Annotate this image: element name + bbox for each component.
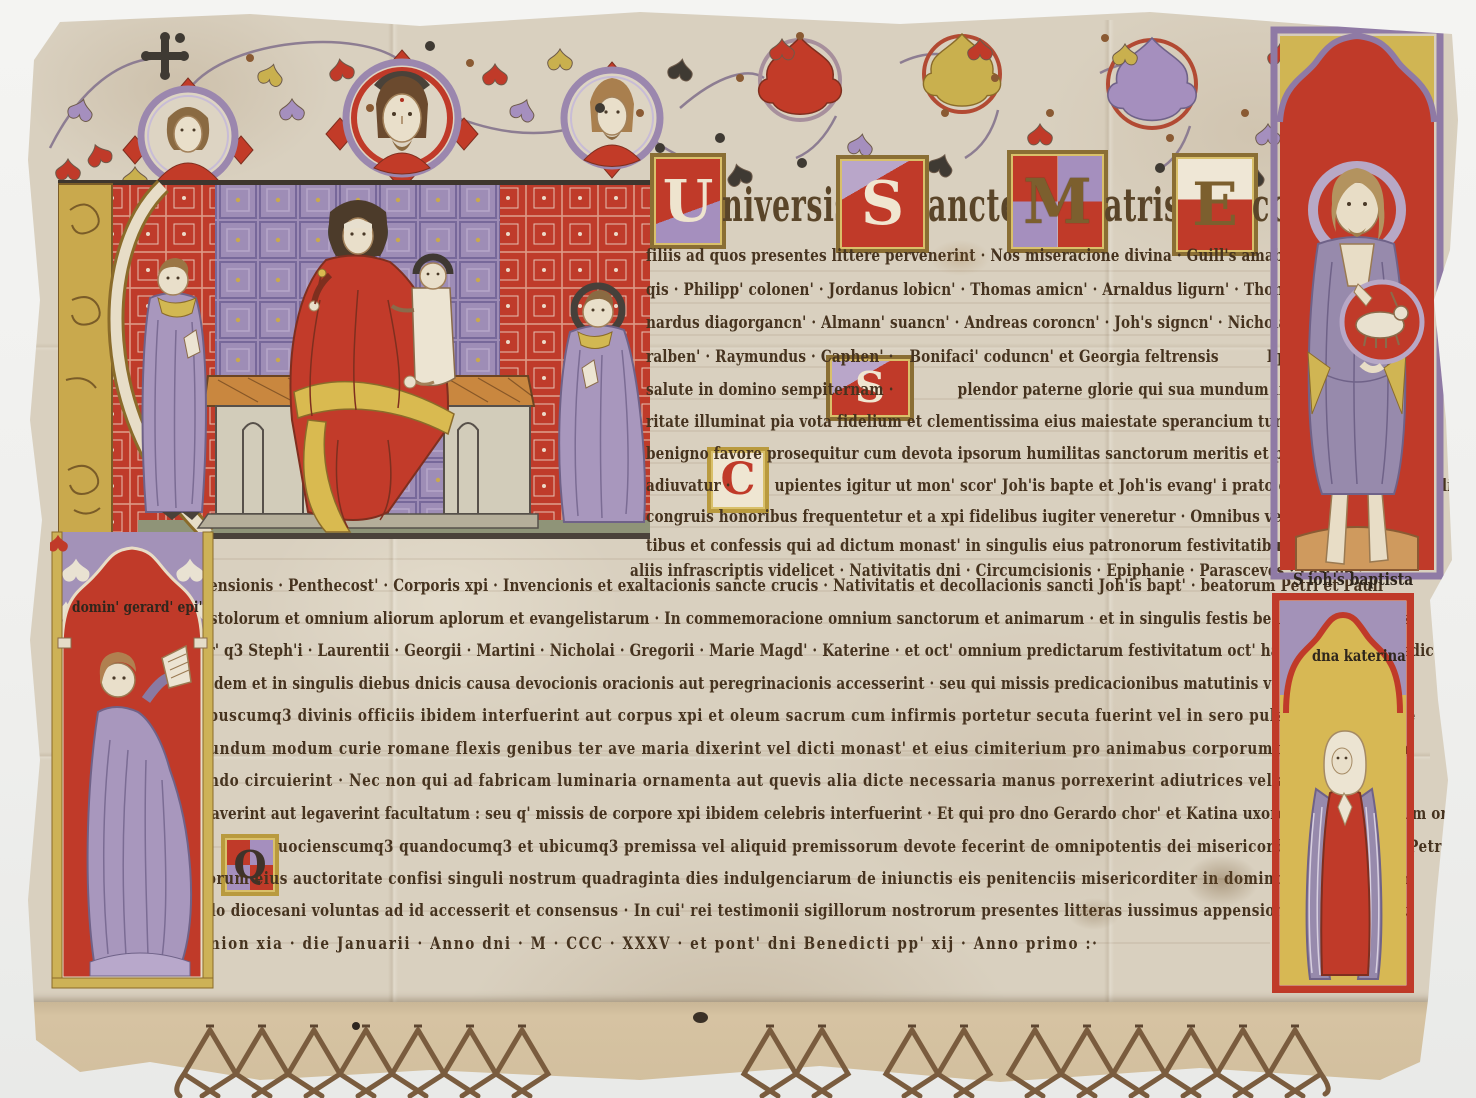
opening-word-3: atris [1104, 178, 1181, 232]
stain [930, 240, 990, 276]
text-line: filiis ad quos presentes littere pervene… [646, 246, 1367, 266]
stain [1185, 855, 1259, 907]
text-line: apostolorum et omnium aliorum aplorum et… [182, 609, 1410, 629]
text-line: secundum modum curie romane flexis genib… [182, 739, 1409, 759]
parchment-sheet: U niversis S ancte M atris E ccie S C Q … [0, 0, 1476, 1098]
roundel-portrait-3 [564, 62, 660, 178]
roundel-portrait-1 [123, 78, 253, 190]
text-line: benigno favore prosequitur cum devota ip… [646, 444, 1341, 464]
stain [1068, 898, 1120, 930]
text-line: quibuscumq3 divinis officiis ibidem inte… [182, 706, 1416, 726]
text-line: congruis honoribus frequentetur et a xpi… [646, 507, 1368, 527]
text-line: Ascensionis · Penthecost' · Corporis xpi… [182, 576, 1383, 596]
illuminated-initial-S: S [836, 155, 929, 253]
seal-cords [140, 1000, 1476, 1098]
caption-john-baptist: S ioh's baptista [1293, 570, 1413, 590]
madonna-and-child-miniature [58, 180, 650, 548]
text-line: ritate illuminat pia vota fidelium et cl… [646, 412, 1366, 432]
text-line: orando circuierint · Nec non qui ad fabr… [182, 771, 1394, 791]
manuscript-photo: U niversis S ancte M atris E ccie S C Q … [0, 0, 1476, 1098]
standing-donor-figure [143, 258, 206, 520]
text-line: Avinion xia · die Januarii · Anno dni · … [182, 934, 1098, 954]
caption-gerard: domin' gerard' epi' [72, 598, 202, 616]
illuminated-initial-M: M [1007, 150, 1108, 253]
st-john-baptist-panel [1270, 22, 1445, 584]
text-line: eiusdem et in singulis diebus dnicis cau… [182, 674, 1395, 694]
illuminated-initial-E: E [1172, 153, 1258, 256]
illuminated-initial-U: U [650, 153, 726, 249]
opening-word-2: ancte [928, 178, 1019, 232]
text-line: ralben' · Raymundus · Caphen' ·Bonifaci'… [646, 347, 1343, 367]
opening-word-1: niversis [722, 178, 851, 232]
caption-katerina: dna katerina [1312, 646, 1406, 665]
